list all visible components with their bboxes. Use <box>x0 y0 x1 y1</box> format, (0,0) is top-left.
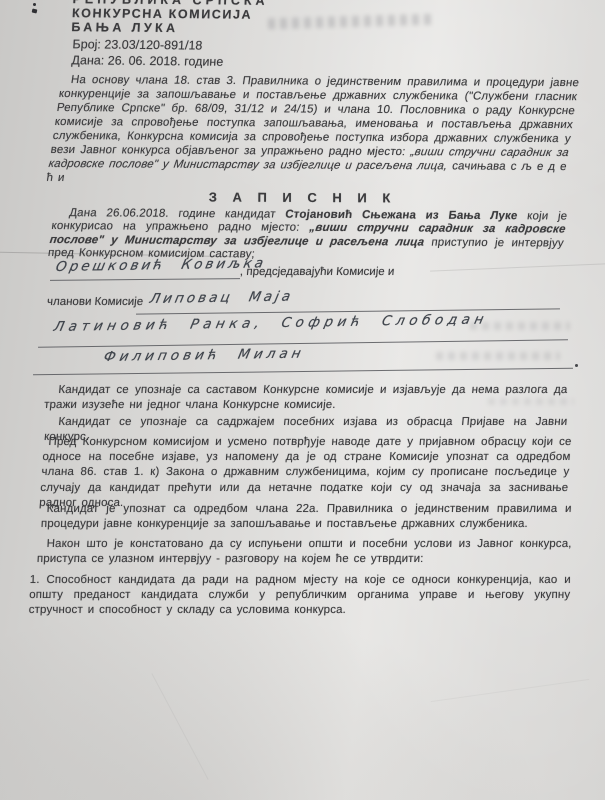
handwritten-member-2: Латиновић Ранка, Софрић Слободан <box>52 311 489 335</box>
paragraph-composition: Кандидат се упознаје са саставом Конкурс… <box>43 383 568 413</box>
signature-line <box>33 368 573 376</box>
paragraph-interview-intro: Након што је констатовано да су испуњени… <box>36 537 572 567</box>
legal-basis-text: На основу члана 18. став 3. Правилника о… <box>50 74 580 158</box>
paragraph-confirmation: Пред Конкурсном комисијом и усмено потвр… <box>39 435 572 511</box>
paragraph-article22a: Кандидат је упознат са одредбом члана 22… <box>40 502 572 532</box>
handwritten-member-1: Липовац Маја <box>148 289 295 307</box>
candidate-paragraph: Дана 26.06.2018. године кандидат Стојано… <box>47 207 568 264</box>
handwritten-member-3: Филиповић Милан <box>102 346 306 365</box>
legal-basis-paragraph: На основу члана 18. став 3. Правилника о… <box>46 73 580 188</box>
candidate-name: Стојановић Сњежана из Бања Луке <box>284 209 518 223</box>
scanned-document-photo: РЕПУБЛИКА СРПСКА КОНКУРСНА КОМИСИЈА БАЊА… <box>0 0 605 800</box>
members-label: чланови Комисије <box>46 296 143 308</box>
letterhead: РЕПУБЛИКА СРПСКА КОНКУРСНА КОМИСИЈА БАЊА… <box>71 0 269 36</box>
paragraph-item1: 1. Способност кандидата да ради на радно… <box>28 573 571 619</box>
document-title: З А П И С Н И К <box>0 188 605 206</box>
document-page: РЕПУБЛИКА СРПСКА КОНКУРСНА КОМИСИЈА БАЊА… <box>0 0 605 800</box>
reference-block: Број: 23.03/120-891/18 Дана: 26. 06. 201… <box>71 37 225 70</box>
reference-date: Дана: 26. 06. 2018. године <box>71 53 224 70</box>
signature-line <box>50 278 240 281</box>
letterhead-city: БАЊА ЛУКА <box>71 20 268 36</box>
reference-number: Број: 23.03/120-891/18 <box>72 37 225 54</box>
handwritten-chair-name: Орешковић Ковиљка <box>54 255 268 275</box>
pen-dot <box>575 364 578 367</box>
chair-label: , предсједавајући Комисије и <box>239 266 394 278</box>
candidate-text-1: Дана 26.06.2018. године кандидат <box>68 207 286 220</box>
